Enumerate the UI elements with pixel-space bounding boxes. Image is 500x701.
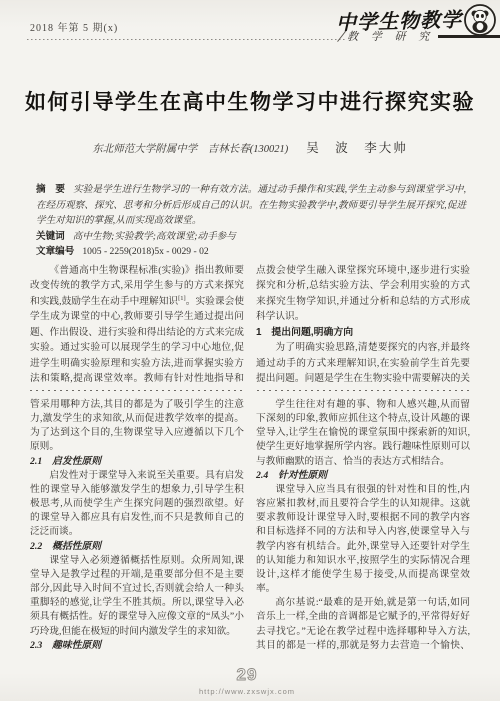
author-names: 吴 波 李大帅 — [306, 141, 408, 155]
section-22-paragraph: 课堂导入必须遵循概括性原则。众所周知,课堂导入是教学过程的开端,是重要部分但不是… — [30, 554, 244, 639]
scanned-journal-page: 2018 年第 5 期(x) 中学生物教学 教 学 研 究 如何引导学生在高中生… — [0, 0, 500, 701]
citation-ref: [1] — [178, 295, 186, 302]
article-title: 如何引导学生在高中生物学习中进行探究实验 — [0, 86, 500, 116]
section-21-paragraph: 启发性对于课堂导入来说至关重要。具有启发性的课堂导入能够激发学生的想象力,引导学… — [30, 469, 244, 540]
section-22-heading: 2.2 概括性原则 — [30, 540, 244, 554]
page-number: 29 — [0, 665, 494, 685]
continued-lead-paragraph: 管采用哪种方法,其目的都是为了吸引学生的注意力,激发学生的求知欲,从而促进教学效… — [30, 398, 244, 455]
column-separator-dotted-left — [30, 390, 243, 391]
section-24-heading: 2.4 针对性原则 — [256, 469, 470, 483]
section-23-paragraph: 学生往往对有趣的事、物和人感兴趣,从而留下深刻的印象,教师应抓住这个特点,设计风… — [256, 398, 470, 469]
section-24-paragraph: 课堂导入应当具有很强的针对性和目的性,内容应紧扣教材,而且要符合学生的认知规律。… — [256, 483, 470, 596]
author-affiliation: 东北师范大学附属中学 吉林长春(130021) — [92, 144, 288, 155]
section-23-heading: 2.3 趣味性原则 — [30, 639, 244, 653]
banner-thick-rule — [438, 35, 500, 38]
issue-info: 2018 年第 5 期(x) — [30, 19, 118, 34]
article-body-top: 《普通高中生物课程标准(实验)》指出教师要改变传统的教学方式,采用学生参与的方式… — [30, 263, 470, 387]
header-dotted-rule — [27, 39, 345, 40]
section-21-heading: 2.1 启发性原则 — [30, 455, 244, 469]
article-number-line: 文章编号1005 - 2259(2018)5x - 0029 - 02 — [36, 244, 466, 260]
abstract-text: 实验是学生进行生物学习的一种有效方法。通过动手操作和实践,学生主动参与到课堂学习… — [36, 184, 466, 226]
abstract-paragraph: 摘 要实验是学生进行生物学习的一种有效方法。通过动手操作和实践,学生主动参与到课… — [36, 182, 466, 229]
journal-website-url: http://www.zxswjx.com — [0, 687, 494, 696]
column-name: 教 学 研 究 — [347, 28, 434, 44]
keywords-line: 关键词高中生物;实验教学;高效课堂;动手参与 — [36, 229, 466, 245]
section-1-heading: 1 提出问题,明确方向 — [256, 325, 470, 340]
column-banner: 教 学 研 究 — [341, 28, 500, 44]
abstract-label: 摘 要 — [36, 184, 65, 195]
author-line: 东北师范大学附属中学 吉林长春(130021) 吴 波 李大帅 — [0, 138, 500, 157]
keywords-label: 关键词 — [36, 231, 65, 242]
article-number-value: 1005 - 2259(2018)5x - 0029 - 02 — [82, 246, 208, 257]
continued-article-body: 管采用哪种方法,其目的都是为了吸引学生的注意力,激发学生的求知欲,从而促进教学效… — [30, 398, 470, 667]
article-number-label: 文章编号 — [36, 246, 74, 257]
abstract-block: 摘 要实验是学生进行生物学习的一种有效方法。通过动手操作和实践,学生主动参与到课… — [36, 182, 466, 260]
column-separator-dotted-right — [257, 390, 470, 391]
keywords-text: 高中生物;实验教学;高效课堂;动手参与 — [73, 231, 236, 242]
